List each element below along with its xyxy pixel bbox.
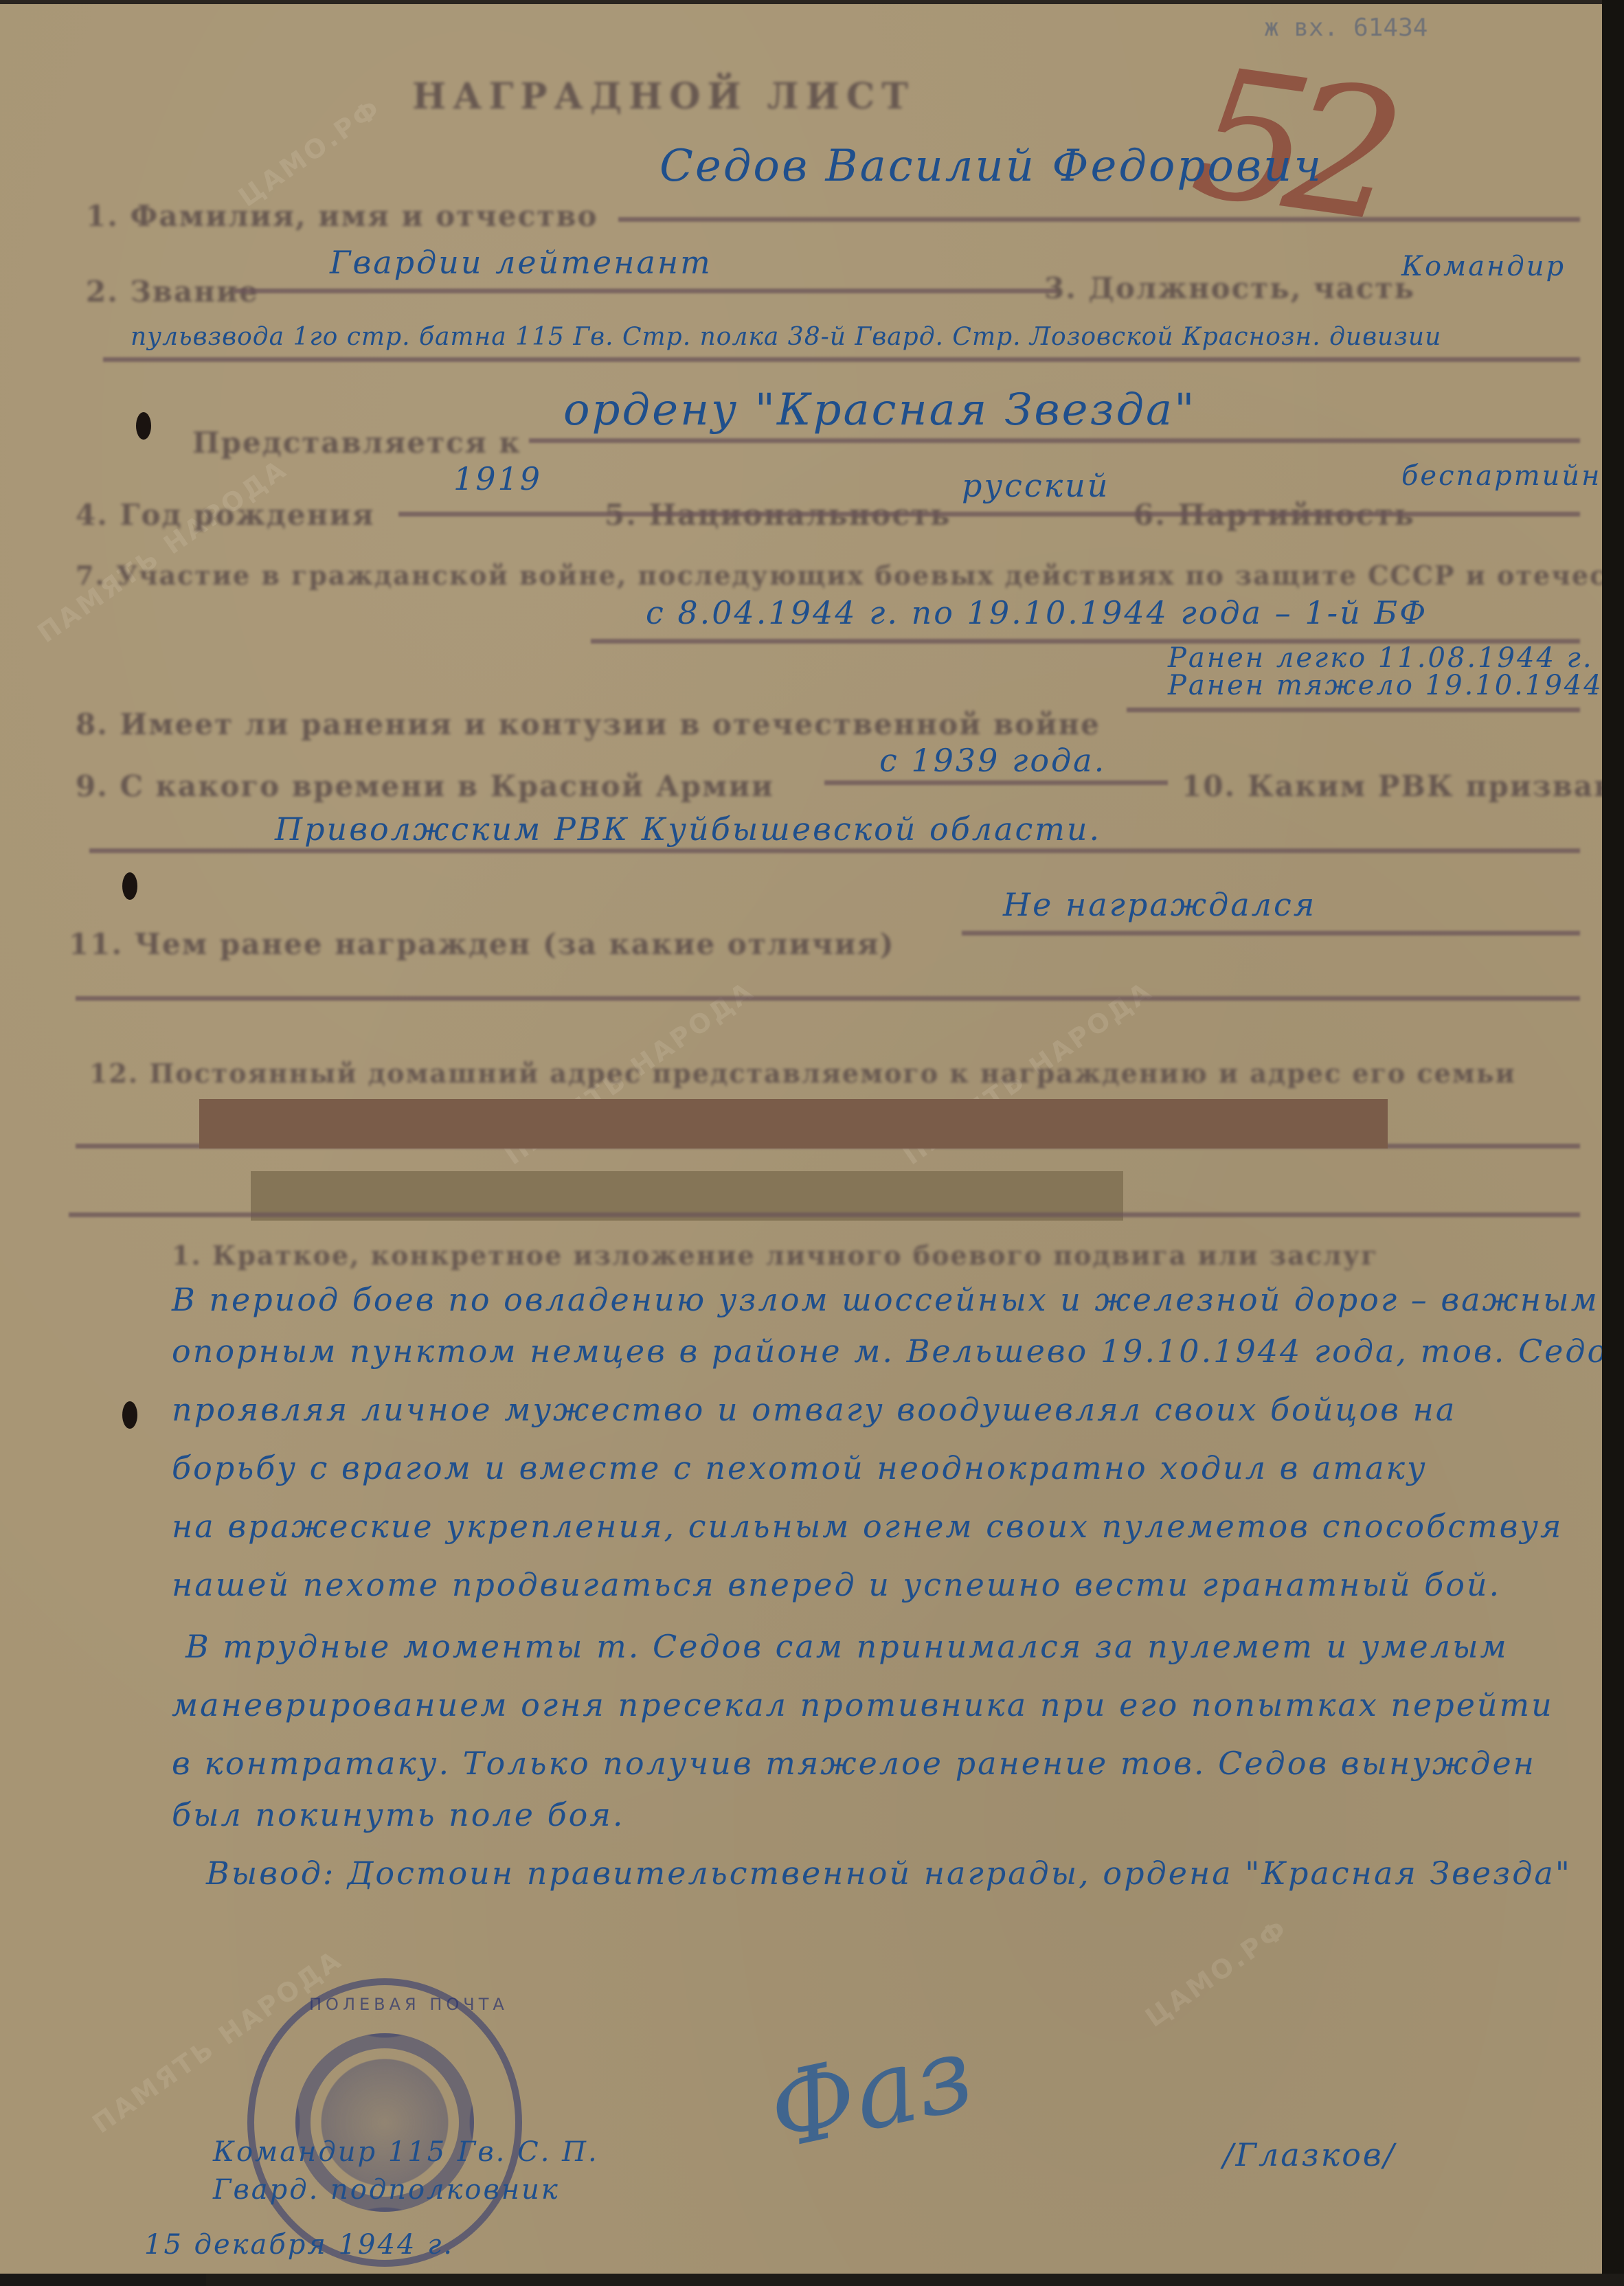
narrative-line: маневрированием огня пресекал противника… [172,1686,1554,1723]
signer-name: /Глазков/ [1223,2136,1396,2173]
field-draft-office-value: Приволжским РВК Куйбышевской области. [275,811,1101,848]
narrative-line: нашей пехоте продвигаться вперед и успеш… [172,1566,1501,1603]
archive-reference: ж вх. 61434 [1264,14,1428,42]
narrative-line: в контратаку. Только получив тяжелое ран… [172,1745,1536,1782]
field-prior-awards-value: Не награждался [1003,886,1316,923]
field-name-value: Седов Василий Федорович [659,141,1323,192]
document-title: НАГРАДНОЙ ЛИСТ [412,76,915,117]
presented-award-value: ордену "Красная Звезда" [563,385,1197,435]
rule [69,1212,1580,1217]
official-stamp: ПОЛЕВАЯ ПОЧТА [247,1978,522,2267]
narrative-line: на вражеские укрепления, сильным огнем с… [172,1508,1564,1545]
rule [76,996,1580,1001]
narrative-line: борьбу с врагом и вместе с пехотой неодн… [172,1449,1428,1486]
narrative-line: был покинуть поле боя. [172,1796,624,1833]
rule [618,217,1580,222]
narrative-conclusion: Вывод: Достоин правительственной награды… [206,1855,1572,1892]
field-position-label: 3. Должность, часть [1044,271,1415,305]
scan-edge-right [1602,0,1624,2286]
field-wounds-value-2: Ранен тяжело 19.10.1944 г. [1168,670,1624,701]
field-birth-year-label: 4. Год рождения [76,498,375,532]
field-army-since-value: с 1939 года. [879,742,1106,779]
field-war-participation-label: 7. Участие в гражданской войне, последую… [76,560,1624,591]
field-army-since-label: 9. С какого времени в Красной Армии [76,769,774,803]
rule [103,357,1580,362]
stamp-text: ПОЛЕВАЯ ПОЧТА [309,1995,508,2014]
field-wounds-label: 8. Имеет ли ранения и контузии в отечест… [76,708,1101,741]
field-draft-office-label: 10. Каким РВК призван [1182,769,1616,803]
field-name-label: 1. Фамилия, имя и отчество [86,199,598,233]
watermark: ЦАМО.РФ [233,92,387,212]
narrative-heading: 1. Краткое, конкретное изложение личного… [172,1240,1378,1271]
field-rank-value: Гвардии лейтенант [330,244,712,281]
field-position-value-cont: пульвзвода 1го стр. батна 115 Гв. Стр. п… [131,323,1441,351]
field-prior-awards-label: 11. Чем ранее награжден (за какие отличи… [69,927,895,961]
punch-hole [136,412,151,440]
rule [234,288,1058,293]
watermark: ПАМЯТЬ НАРОДА [32,453,293,648]
rule [529,438,1580,443]
scan-edge-top [0,0,1624,4]
field-birth-year-value: 1919 [453,460,542,497]
signer-position-line-2: Гвард. подполковник [213,2174,560,2206]
field-nationality-value: русский [962,467,1109,504]
narrative-line: опорным пунктом немцев в районе м. Вельш… [172,1333,1624,1370]
rule [962,931,1580,936]
field-rank-label: 2. Звание [86,275,259,308]
watermark: ЦАМО.РФ [1140,1912,1294,2033]
signer-position-line-1: Командир 115 Гв. С. П. [213,2136,599,2168]
punch-hole [122,872,137,900]
field-war-participation-value: с 8.04.1944 г. по 19.10.1944 года – 1-й … [646,594,1428,631]
rule [398,512,1580,517]
sheet-date: 15 декабря 1944 г. [144,2229,454,2261]
narrative-line: В трудные моменты т. Седов сам принималс… [185,1628,1509,1665]
field-position-value: Командир [1401,251,1566,282]
handwritten-signature: Фаз [759,2013,982,2173]
punch-hole [122,1401,137,1429]
narrative-line: проявляя личное мужество и отвагу воодуш… [172,1391,1456,1428]
rule [824,780,1168,785]
rule [1127,708,1580,712]
address-redaction-1 [199,1099,1388,1148]
field-address-label: 12. Постоянный домашний адрес представля… [89,1058,1516,1089]
presented-label: Представляется к [192,426,521,460]
field-party-value: беспартийный [1401,460,1624,492]
narrative-line: В период боев по овладению узлом шоссейн… [172,1281,1599,1318]
award-sheet-page: ж вх. 61434 52 НАГРАДНОЙ ЛИСТ ЦАМО.РФ ПА… [0,0,1602,2274]
scan-edge-bottom [206,2274,1624,2286]
rule [89,848,1580,853]
